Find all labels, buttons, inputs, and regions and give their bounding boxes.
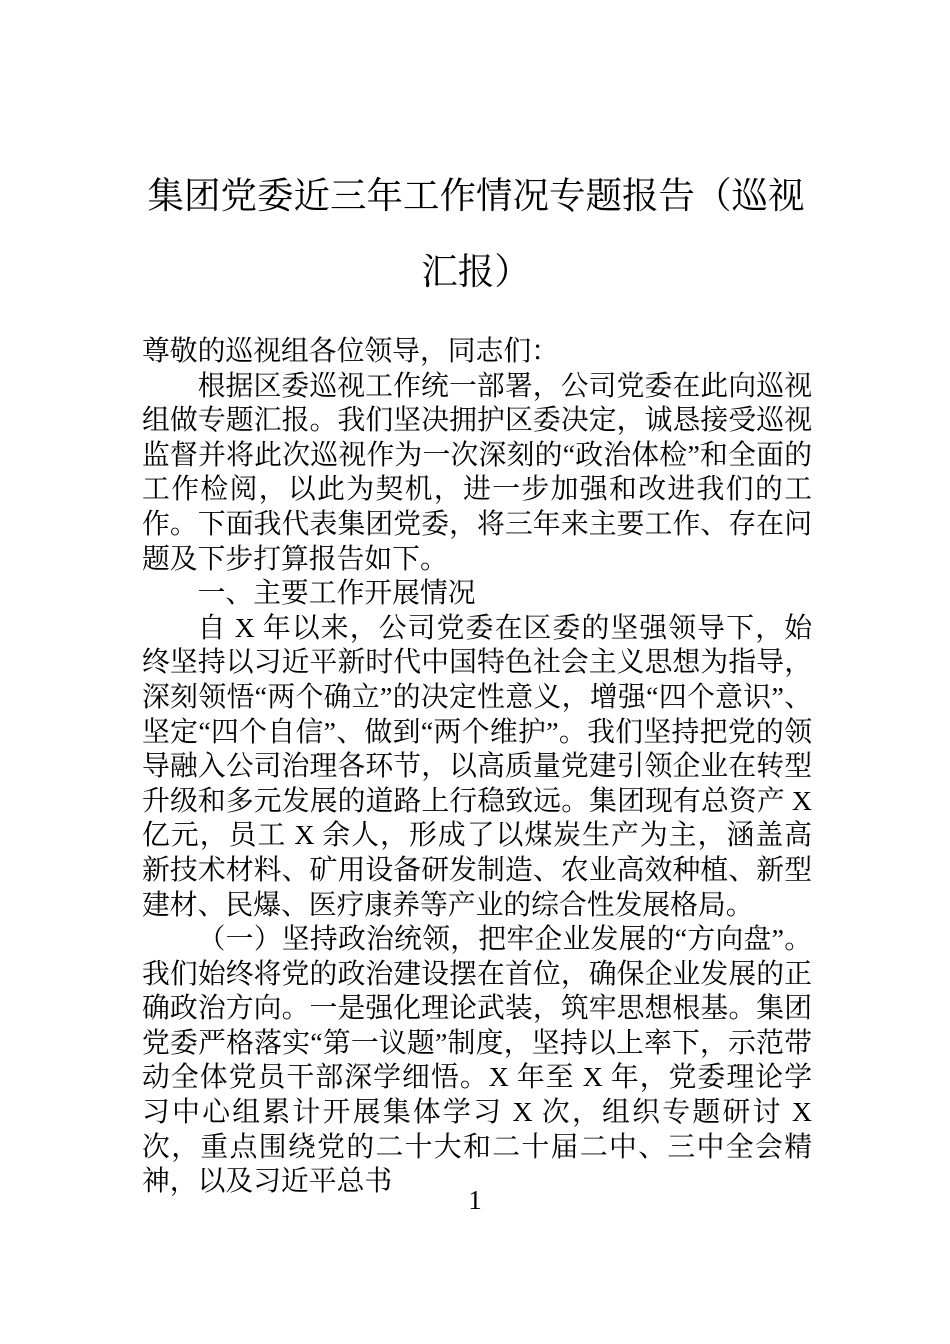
paragraph-subsection-1-1: （一）坚持政治统领，把牢企业发展的“方向盘”。我们始终将党的政治建设摆在首位，确… bbox=[142, 923, 812, 1200]
salutation: 尊敬的巡视组各位领导，同志们： bbox=[142, 335, 812, 370]
section-heading-1: 一、主要工作开展情况 bbox=[142, 577, 812, 612]
paragraph-section-1-overview: 自 X 年以来，公司党委在区委的坚强领导下，始终坚持以习近平新时代中国特色社会主… bbox=[142, 612, 812, 923]
document-page: 集团党委近三年工作情况专题报告（巡视汇报） 尊敬的巡视组各位领导，同志们： 根据… bbox=[0, 0, 950, 1344]
document-body: 尊敬的巡视组各位领导，同志们： 根据区委巡视工作统一部署，公司党委在此向巡视组做… bbox=[142, 335, 812, 1200]
document-title: 集团党委近三年工作情况专题报告（巡视汇报） bbox=[142, 158, 810, 310]
page-number: 1 bbox=[0, 1184, 950, 1216]
paragraph-opening: 根据区委巡视工作统一部署，公司党委在此向巡视组做专题汇报。我们坚决拥护区委决定，… bbox=[142, 370, 812, 578]
